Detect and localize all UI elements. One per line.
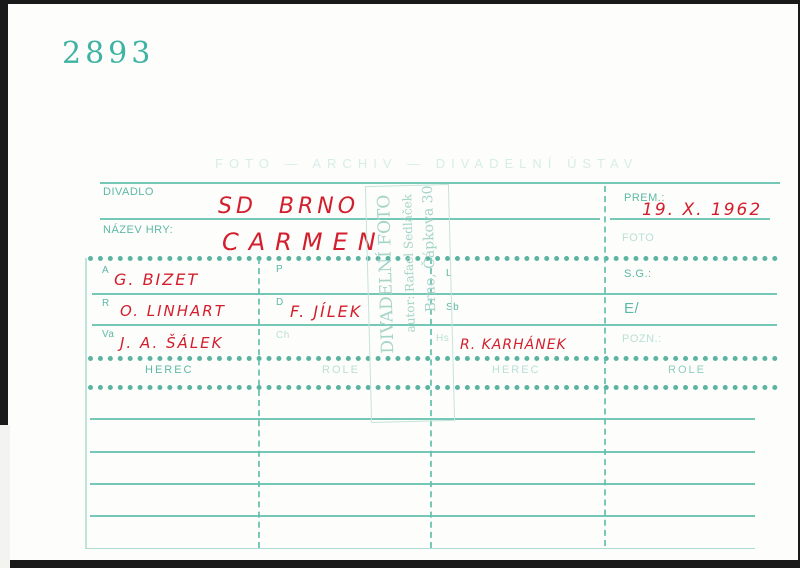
e-label: E/	[624, 300, 639, 317]
translator-label: P	[276, 264, 283, 275]
stamp-line-2: autor: Rafael Sedláček	[400, 194, 418, 333]
form-title: FOTO — ARCHIV — DIVADELNÍ ÚSTAV	[215, 156, 638, 171]
table-header-role-2: ROLE	[668, 364, 706, 376]
stage-design-value[interactable]: J. A. ŠÁLEK	[120, 334, 224, 352]
divadlo-value[interactable]: SD BRNO	[218, 194, 359, 219]
table-row-line	[90, 483, 755, 485]
table-row-line	[90, 515, 755, 517]
nazev-hry-value[interactable]: CARMEN	[222, 228, 386, 256]
column-divider	[85, 258, 87, 548]
nazev-hry-label: NÁZEV HRY:	[103, 224, 173, 236]
director-label: R	[102, 298, 110, 309]
author-label: A	[102, 265, 109, 276]
sg-label: S.G.:	[624, 268, 652, 280]
director-value[interactable]: O. LINHART	[120, 302, 226, 320]
table-bottom-line	[85, 548, 755, 549]
author-value[interactable]: G. BIZET	[114, 270, 199, 289]
card-edge	[0, 425, 10, 568]
note-label: POZN.:	[622, 333, 662, 345]
stage-design-label: Va	[102, 329, 115, 340]
table-header-actor-1: HEREC	[145, 364, 194, 376]
foto-label: FOTO	[622, 232, 654, 244]
conductor-label: D	[276, 297, 284, 308]
column-divider	[604, 186, 606, 546]
table-header-role-1: ROLE	[322, 364, 360, 376]
stamp-line-3: Brno, Čápkova 30	[420, 185, 439, 312]
column-divider	[258, 258, 260, 548]
premiera-value[interactable]: 19. X. 1962	[642, 200, 762, 220]
table-row-line	[90, 451, 755, 453]
photographer-stamp: DIVADELNÍ FOTO autor: Rafael Sedláček Br…	[365, 184, 455, 423]
stamp-line-1: DIVADELNÍ FOTO	[374, 194, 398, 354]
choreography-label: Ch	[276, 330, 290, 341]
divadlo-label: DIVADLO	[103, 186, 154, 198]
conductor-value[interactable]: F. JÍLEK	[290, 302, 362, 321]
table-header-actor-2: HEREC	[492, 364, 541, 376]
serial-number: 2893	[62, 36, 154, 71]
music-value[interactable]: R. KARHÁNEK	[460, 337, 567, 353]
